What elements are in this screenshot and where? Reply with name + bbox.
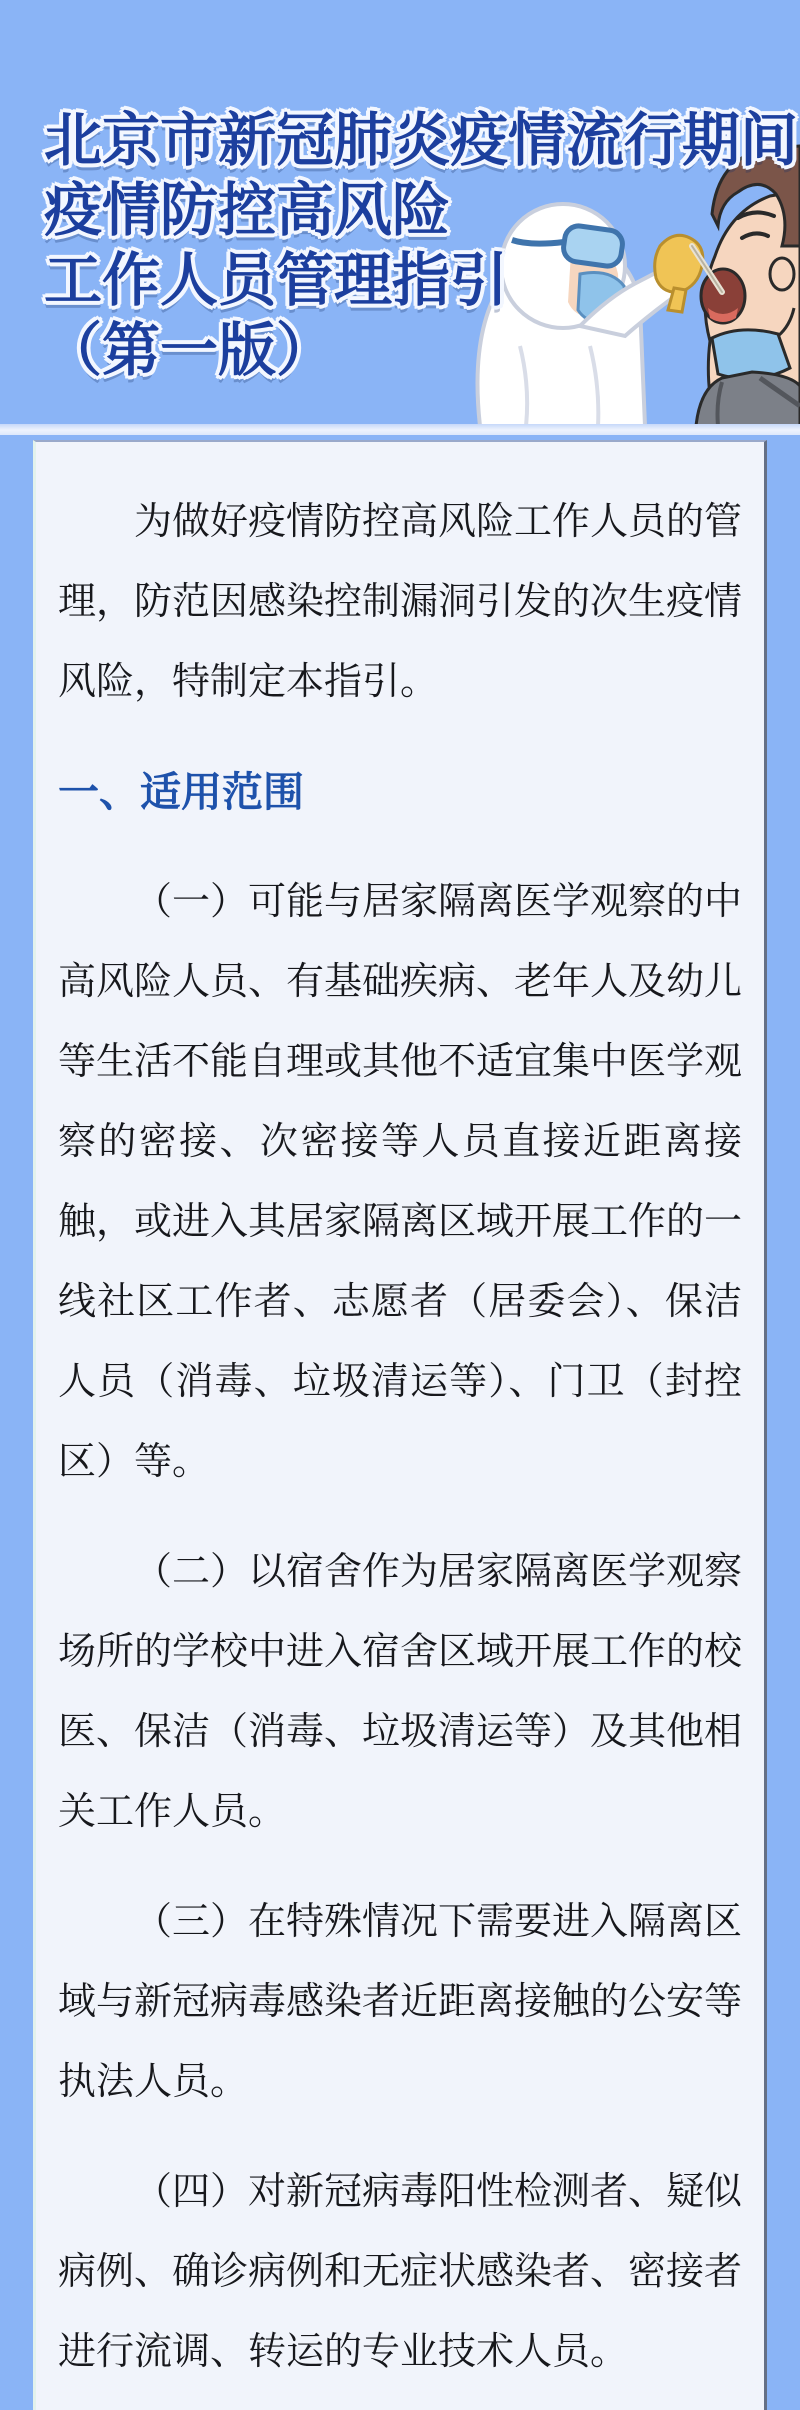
divider-strip — [0, 424, 800, 435]
title-line-2: 疫情防控高风险 — [44, 176, 798, 246]
title-line-1: 北京市新冠肺炎疫情流行期间 — [44, 106, 798, 176]
title-line-3: 工作人员管理指引 — [44, 246, 798, 316]
content-card: 为做好疫情防控高风险工作人员的管理，防范因感染控制漏洞引发的次生疫情风险，特制定… — [33, 440, 767, 2410]
paragraph-item-3: （三）在特殊情况下需要进入隔离区域与新冠病毒感染者近距离接触的公安等执法人员。 — [58, 1882, 742, 2122]
page: { "header": { "title_lines": [ "北京市新冠肺炎疫… — [0, 0, 800, 2410]
poster-title: 北京市新冠肺炎疫情流行期间 疫情防控高风险 工作人员管理指引 （第一版） — [44, 106, 798, 386]
paragraph-item-1: （一）可能与居家隔离医学观察的中高风险人员、有基础疾病、老年人及幼儿等生活不能自… — [58, 862, 742, 1502]
paragraph-item-4: （四）对新冠病毒阳性检测者、疑似病例、确诊病例和无症状感染者、密接者进行流调、转… — [58, 2152, 742, 2392]
intro-paragraph: 为做好疫情防控高风险工作人员的管理，防范因感染控制漏洞引发的次生疫情风险，特制定… — [58, 482, 742, 722]
title-line-4: （第一版） — [44, 316, 798, 386]
poster-header: 北京市新冠肺炎疫情流行期间 疫情防控高风险 工作人员管理指引 （第一版） — [0, 0, 800, 424]
paragraph-item-2: （二）以宿舍作为居家隔离医学观察场所的学校中进入宿舍区域开展工作的校医、保洁（消… — [58, 1532, 742, 1852]
section-heading: 一、适用范围 — [58, 752, 742, 832]
